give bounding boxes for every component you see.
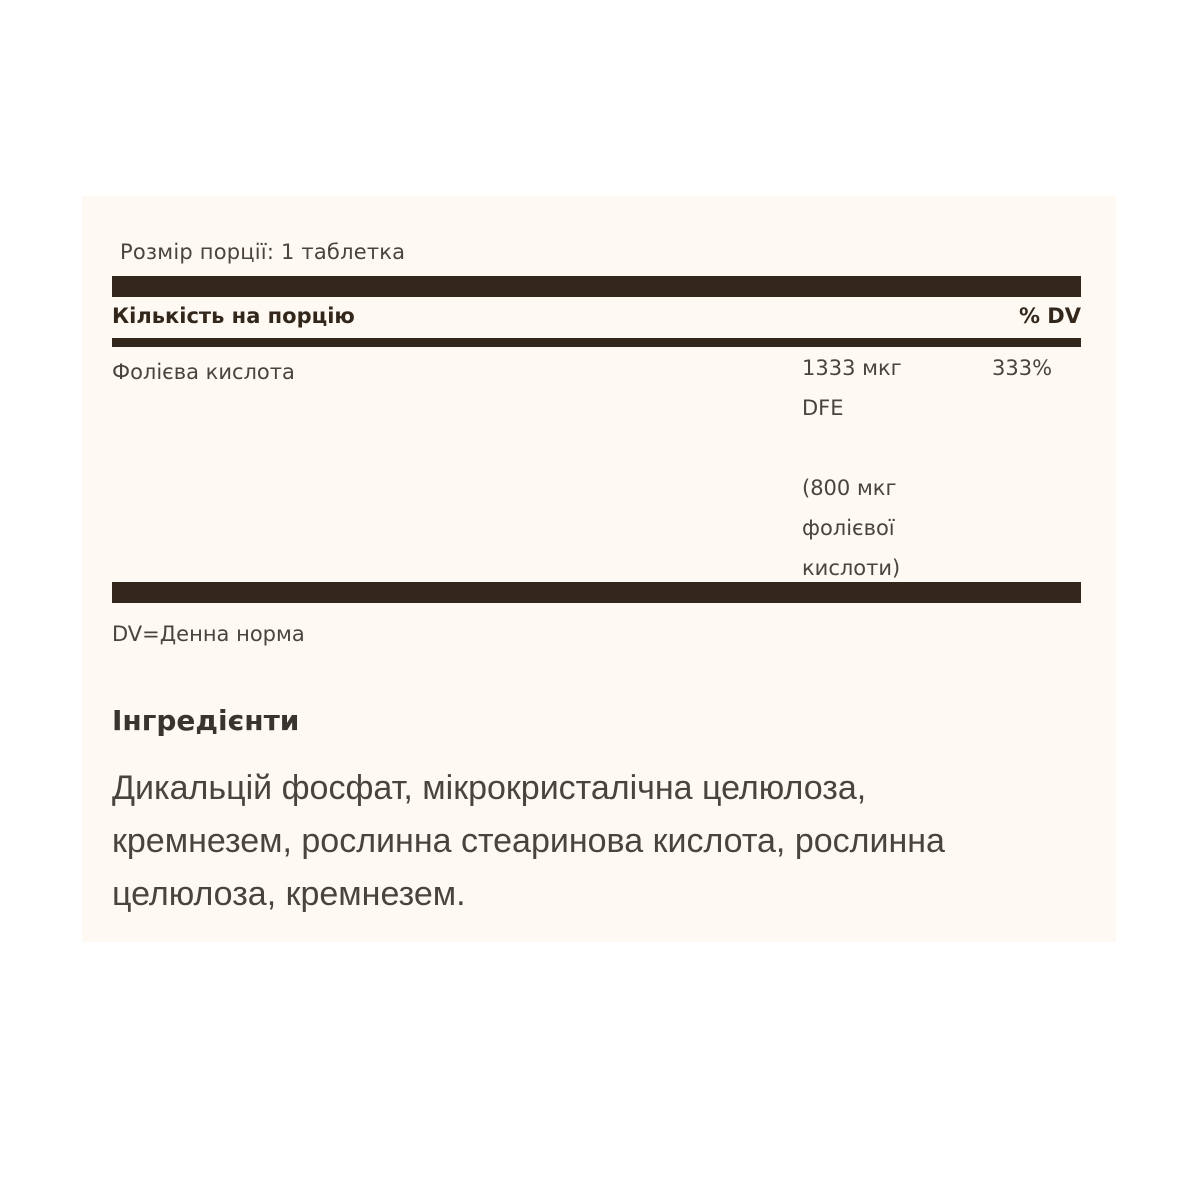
nutrient-amount-line: фолієвої — [802, 508, 972, 548]
nutrient-amount-spacer — [802, 428, 972, 468]
amount-per-serving-heading: Кількість на порцію — [112, 304, 355, 328]
nutrient-dv: 333% — [992, 348, 1052, 388]
serving-size: Розмір порції: 1 таблетка — [120, 240, 405, 264]
ingredients-list: Дикальцій фосфат, мікрокристалічна целюл… — [112, 762, 1052, 921]
top-divider — [112, 276, 1081, 297]
nutrient-amount-line: DFE — [802, 388, 972, 428]
bottom-divider — [112, 582, 1081, 603]
nutrient-amount: 1333 мкг DFE (800 мкг фолієвої кислоти) — [802, 348, 972, 588]
header-divider — [112, 338, 1081, 347]
nutrient-amount-line: 1333 мкг — [802, 348, 972, 388]
nutrient-name: Фолієва кислота — [112, 360, 295, 384]
ingredients-heading: Інгредієнти — [112, 704, 299, 737]
dv-footnote: DV=Денна норма — [112, 622, 305, 646]
nutrient-amount-line: (800 мкг — [802, 468, 972, 508]
supplement-facts-panel: Розмір порції: 1 таблетка Кількість на п… — [82, 196, 1116, 942]
dv-column-heading: % DV — [1019, 304, 1081, 328]
